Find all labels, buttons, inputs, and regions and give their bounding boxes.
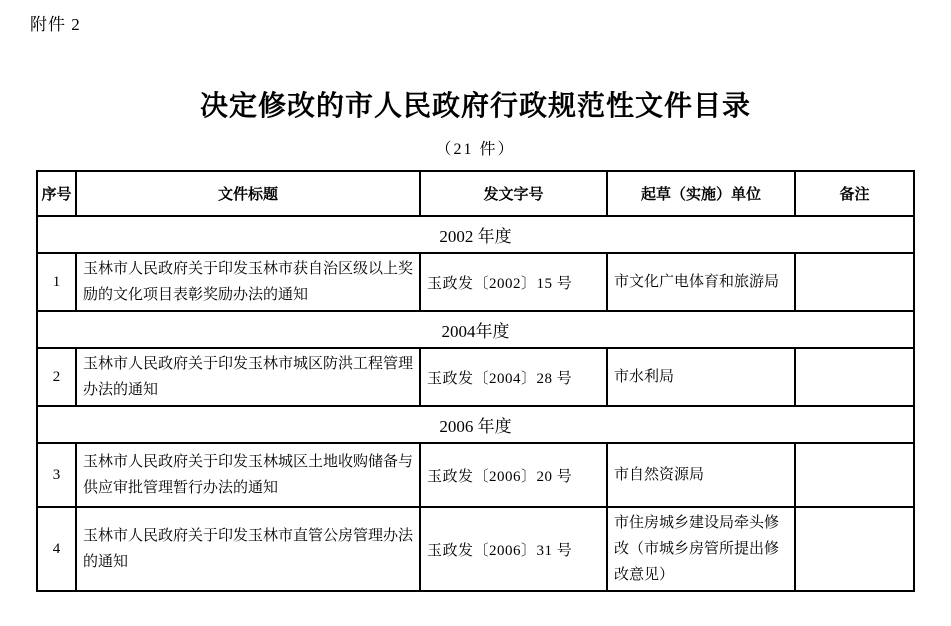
cell-remark [795,507,914,591]
page-title: 决定修改的市人民政府行政规范性文件目录 [0,84,951,124]
cell-doc-number: 玉政发〔2006〕20 号 [420,443,607,507]
table-row: 2 玉林市人民政府关于印发玉林市城区防洪工程管理办法的通知 玉政发〔2004〕2… [37,348,914,406]
cell-serial: 4 [37,507,76,591]
year-section-row: 2004年度 [37,311,914,348]
cell-title: 玉林市人民政府关于印发玉林市城区防洪工程管理办法的通知 [76,348,420,406]
col-header-serial: 序号 [37,171,76,216]
table-row: 1 玉林市人民政府关于印发玉林市获自治区级以上奖励的文化项目表彰奖励办法的通知 … [37,253,914,311]
col-header-doc-number: 发文字号 [420,171,607,216]
cell-remark [795,443,914,507]
cell-title: 玉林市人民政府关于印发玉林市获自治区级以上奖励的文化项目表彰奖励办法的通知 [76,253,420,311]
page-subtitle: （21 件） [0,136,951,159]
col-header-unit: 起草（实施）单位 [607,171,795,216]
document-page: 附件 2 决定修改的市人民政府行政规范性文件目录 （21 件） 序号 文件标题 … [0,0,951,626]
table-row: 3 玉林市人民政府关于印发玉林城区土地收购储备与供应审批管理暂行办法的通知 玉政… [37,443,914,507]
cell-doc-number: 玉政发〔2004〕28 号 [420,348,607,406]
year-section-row: 2006 年度 [37,406,914,443]
cell-remark [795,253,914,311]
cell-unit: 市文化广电体育和旅游局 [607,253,795,311]
year-section-label: 2002 年度 [37,216,914,253]
cell-doc-number: 玉政发〔2002〕15 号 [420,253,607,311]
documents-table: 序号 文件标题 发文字号 起草（实施）单位 备注 2002 年度 1 玉林市人民… [36,170,915,592]
table-header-row: 序号 文件标题 发文字号 起草（实施）单位 备注 [37,171,914,216]
cell-serial: 2 [37,348,76,406]
year-section-label: 2006 年度 [37,406,914,443]
col-header-remark: 备注 [795,171,914,216]
cell-remark [795,348,914,406]
cell-doc-number: 玉政发〔2006〕31 号 [420,507,607,591]
cell-title: 玉林市人民政府关于印发玉林城区土地收购储备与供应审批管理暂行办法的通知 [76,443,420,507]
cell-serial: 3 [37,443,76,507]
col-header-title: 文件标题 [76,171,420,216]
cell-unit: 市水利局 [607,348,795,406]
cell-title: 玉林市人民政府关于印发玉林市直管公房管理办法的通知 [76,507,420,591]
cell-unit: 市自然资源局 [607,443,795,507]
cell-serial: 1 [37,253,76,311]
year-section-label: 2004年度 [37,311,914,348]
cell-unit: 市住房城乡建设局牵头修改（市城乡房管所提出修改意见） [607,507,795,591]
year-section-row: 2002 年度 [37,216,914,253]
attachment-label: 附件 2 [30,10,81,35]
table-row: 4 玉林市人民政府关于印发玉林市直管公房管理办法的通知 玉政发〔2006〕31 … [37,507,914,591]
